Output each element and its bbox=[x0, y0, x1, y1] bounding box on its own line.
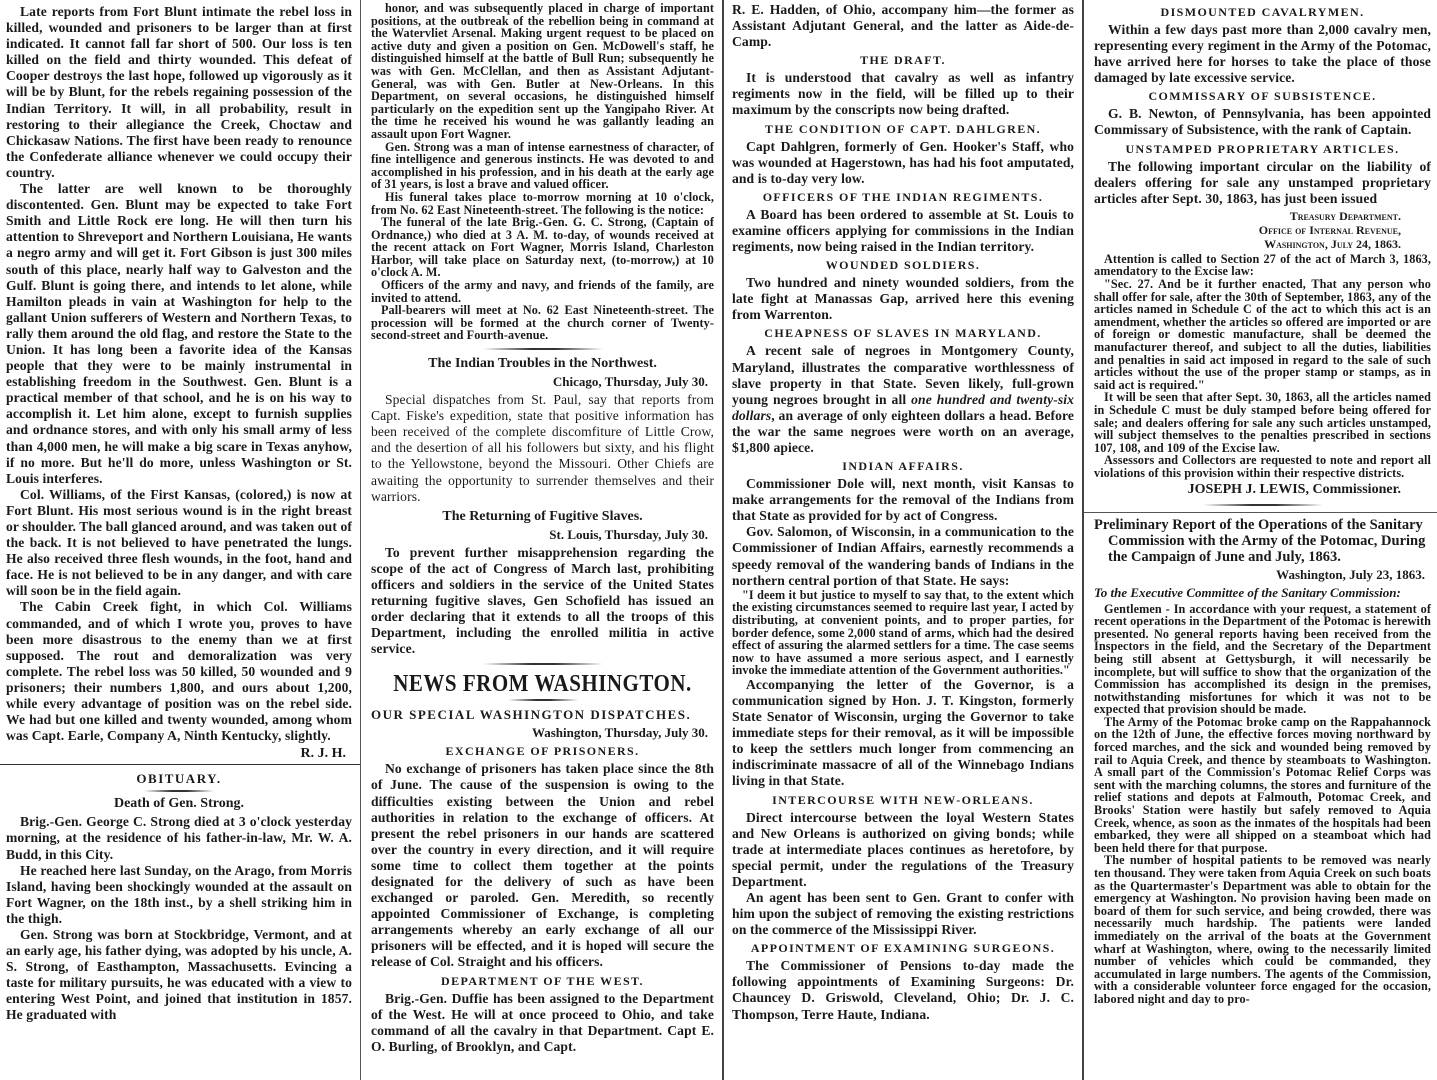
treasury-line: Office of Internal Revenue, bbox=[1094, 223, 1401, 237]
article-paragraph: Gentlemen - In accordance with your requ… bbox=[1094, 603, 1431, 716]
article-paragraph: No exchange of prisoners has taken place… bbox=[371, 761, 714, 970]
decorative-rule bbox=[483, 348, 603, 350]
article-paragraph: It will be seen that after Sept. 30, 186… bbox=[1094, 391, 1431, 454]
section-heading: OUR SPECIAL WASHINGTON DISPATCHES. bbox=[371, 707, 714, 723]
subsection-heading: THE CONDITION OF CAPT. DAHLGREN. bbox=[732, 122, 1074, 137]
column-4: DISMOUNTED CAVALRYMEN. Within a few days… bbox=[1082, 0, 1437, 1080]
article-paragraph: To prevent further misapprehension regar… bbox=[371, 545, 714, 658]
article-title: The Returning of Fugitive Slaves. bbox=[371, 509, 714, 525]
subsection-heading: COMMISSARY OF SUBSISTENCE. bbox=[1094, 89, 1431, 104]
article-paragraph: Within a few days past more than 2,000 c… bbox=[1094, 22, 1431, 86]
block-quote: "Sec. 27. And be it further enacted, Tha… bbox=[1094, 278, 1431, 391]
article-paragraph: G. B. Newton, of Pennsylvania, has been … bbox=[1094, 106, 1431, 138]
subsection-heading: INTERCOURSE WITH NEW-ORLEANS. bbox=[732, 793, 1074, 808]
treasury-line: Washington, July 24, 1863. bbox=[1094, 237, 1401, 251]
article-paragraph: Gen. Strong was a man of intense earnest… bbox=[371, 141, 714, 191]
text-run: , an average of only eighteen dollars a … bbox=[732, 408, 1074, 455]
article-paragraph: A Board has been ordered to assemble at … bbox=[732, 207, 1074, 255]
article-paragraph: Capt Dahlgren, formerly of Gen. Hooker's… bbox=[732, 139, 1074, 187]
funeral-notice: The funeral of the late Brig.-Gen. G. C.… bbox=[371, 216, 714, 279]
section-heading: OBITUARY. bbox=[6, 771, 352, 787]
article-paragraph: honor, and was subsequently placed in ch… bbox=[371, 2, 714, 141]
article-paragraph: Col. Williams, of the First Kansas, (col… bbox=[6, 487, 352, 600]
article-paragraph: It is understood that cavalry as well as… bbox=[732, 70, 1074, 118]
section-divider bbox=[1084, 512, 1437, 513]
decorative-rule bbox=[483, 663, 603, 665]
article-paragraph: The latter are well known to be thorough… bbox=[6, 181, 352, 487]
treasury-line: Treasury Department. bbox=[1094, 209, 1401, 223]
column-1: Late reports from Fort Blunt intimate th… bbox=[0, 0, 360, 1080]
funeral-notice: Officers of the army and navy, and frien… bbox=[371, 279, 714, 304]
article-paragraph: Late reports from Fort Blunt intimate th… bbox=[6, 4, 352, 181]
article-paragraph: The Commissioner of Pensions to-day made… bbox=[732, 958, 1074, 1022]
article-paragraph: Special dispatches from St. Paul, say th… bbox=[371, 392, 714, 505]
article-paragraph: Two hundred and ninety wounded soldiers,… bbox=[732, 275, 1074, 323]
subsection-heading: DEPARTMENT OF THE WEST. bbox=[371, 974, 714, 989]
subsection-heading: UNSTAMPED PROPRIETARY ARTICLES. bbox=[1094, 142, 1431, 157]
article-paragraph: The number of hospital patients to be re… bbox=[1094, 854, 1431, 1005]
article-paragraph: Attention is called to Section 27 of the… bbox=[1094, 253, 1431, 278]
newspaper-page: Late reports from Fort Blunt intimate th… bbox=[0, 0, 1437, 1080]
decorative-rule bbox=[1203, 504, 1323, 506]
subsection-heading: WOUNDED SOLDIERS. bbox=[732, 258, 1074, 273]
article-paragraph: Assessors and Collectors are requested t… bbox=[1094, 454, 1431, 479]
subsection-heading: OFFICERS OF THE INDIAN REGIMENTS. bbox=[732, 190, 1074, 205]
dateline: Washington, July 23, 1863. bbox=[1094, 567, 1425, 583]
dateline: St. Louis, Thursday, July 30. bbox=[371, 527, 708, 543]
subsection-heading: APPOINTMENT OF EXAMINING SURGEONS. bbox=[732, 941, 1074, 956]
decorative-rule bbox=[508, 699, 578, 701]
salutation: To the Executive Committee of the Sanita… bbox=[1094, 585, 1431, 601]
article-paragraph: He reached here last Sunday, on the Arag… bbox=[6, 863, 352, 927]
article-title: Death of Gen. Strong. bbox=[6, 796, 352, 812]
subsection-heading: INDIAN AFFAIRS. bbox=[732, 459, 1074, 474]
article-paragraph: The Army of the Potomac broke camp on th… bbox=[1094, 716, 1431, 855]
article-paragraph: The following important circular on the … bbox=[1094, 159, 1431, 207]
article-signature: JOSEPH J. LEWIS, Commissioner. bbox=[1094, 482, 1401, 498]
section-headline: NEWS FROM WASHINGTON. bbox=[371, 669, 714, 698]
article-paragraph: Gov. Salomon, of Wisconsin, in a communi… bbox=[732, 524, 1074, 588]
article-paragraph: Brig.-Gen. George C. Strong died at 3 o'… bbox=[6, 814, 352, 862]
article-paragraph: Brig.-Gen. Duffie has been assigned to t… bbox=[371, 991, 714, 1055]
article-paragraph: R. E. Hadden, of Ohio, accompany him—the… bbox=[732, 2, 1074, 50]
dateline: Chicago, Thursday, July 30. bbox=[371, 374, 708, 390]
article-paragraph: An agent has been sent to Gen. Grant to … bbox=[732, 890, 1074, 938]
treasury-dateline: Treasury Department. Office of Internal … bbox=[1094, 209, 1401, 251]
funeral-notice: Pall-bearers will meet at No. 62 East Ni… bbox=[371, 304, 714, 342]
article-signature: R. J. H. bbox=[6, 746, 346, 762]
article-title: Preliminary Report of the Operations of … bbox=[1094, 517, 1431, 565]
article-paragraph: Direct intercourse between the loyal Wes… bbox=[732, 810, 1074, 890]
article-paragraph: Gen. Strong was born at Stockbridge, Ver… bbox=[6, 927, 352, 1024]
subsection-heading: THE DRAFT. bbox=[732, 53, 1074, 68]
subsection-heading: CHEAPNESS OF SLAVES IN MARYLAND. bbox=[732, 326, 1074, 341]
block-quote: "I deem it but justice to myself to say … bbox=[732, 589, 1074, 677]
column-3: R. E. Hadden, of Ohio, accompany him—the… bbox=[722, 0, 1082, 1080]
obituary-section: OBITUARY. Death of Gen. Strong. Brig.-Ge… bbox=[0, 764, 360, 1023]
subsection-heading: DISMOUNTED CAVALRYMEN. bbox=[1094, 5, 1431, 20]
article-paragraph: Accompanying the letter of the Governor,… bbox=[732, 677, 1074, 790]
decorative-rule bbox=[144, 790, 214, 792]
article-paragraph: Commissioner Dole will, next month, visi… bbox=[732, 476, 1074, 524]
article-title: The Indian Troubles in the Northwest. bbox=[371, 356, 714, 372]
article-paragraph: A recent sale of negroes in Montgomery C… bbox=[732, 343, 1074, 456]
dateline: Washington, Thursday, July 30. bbox=[371, 725, 708, 741]
article-paragraph: The Cabin Creek fight, in which Col. Wil… bbox=[6, 599, 352, 744]
article-paragraph: His funeral takes place to-morrow mornin… bbox=[371, 191, 714, 216]
column-2: honor, and was subsequently placed in ch… bbox=[360, 0, 722, 1080]
subsection-heading: EXCHANGE OF PRISONERS. bbox=[371, 744, 714, 759]
